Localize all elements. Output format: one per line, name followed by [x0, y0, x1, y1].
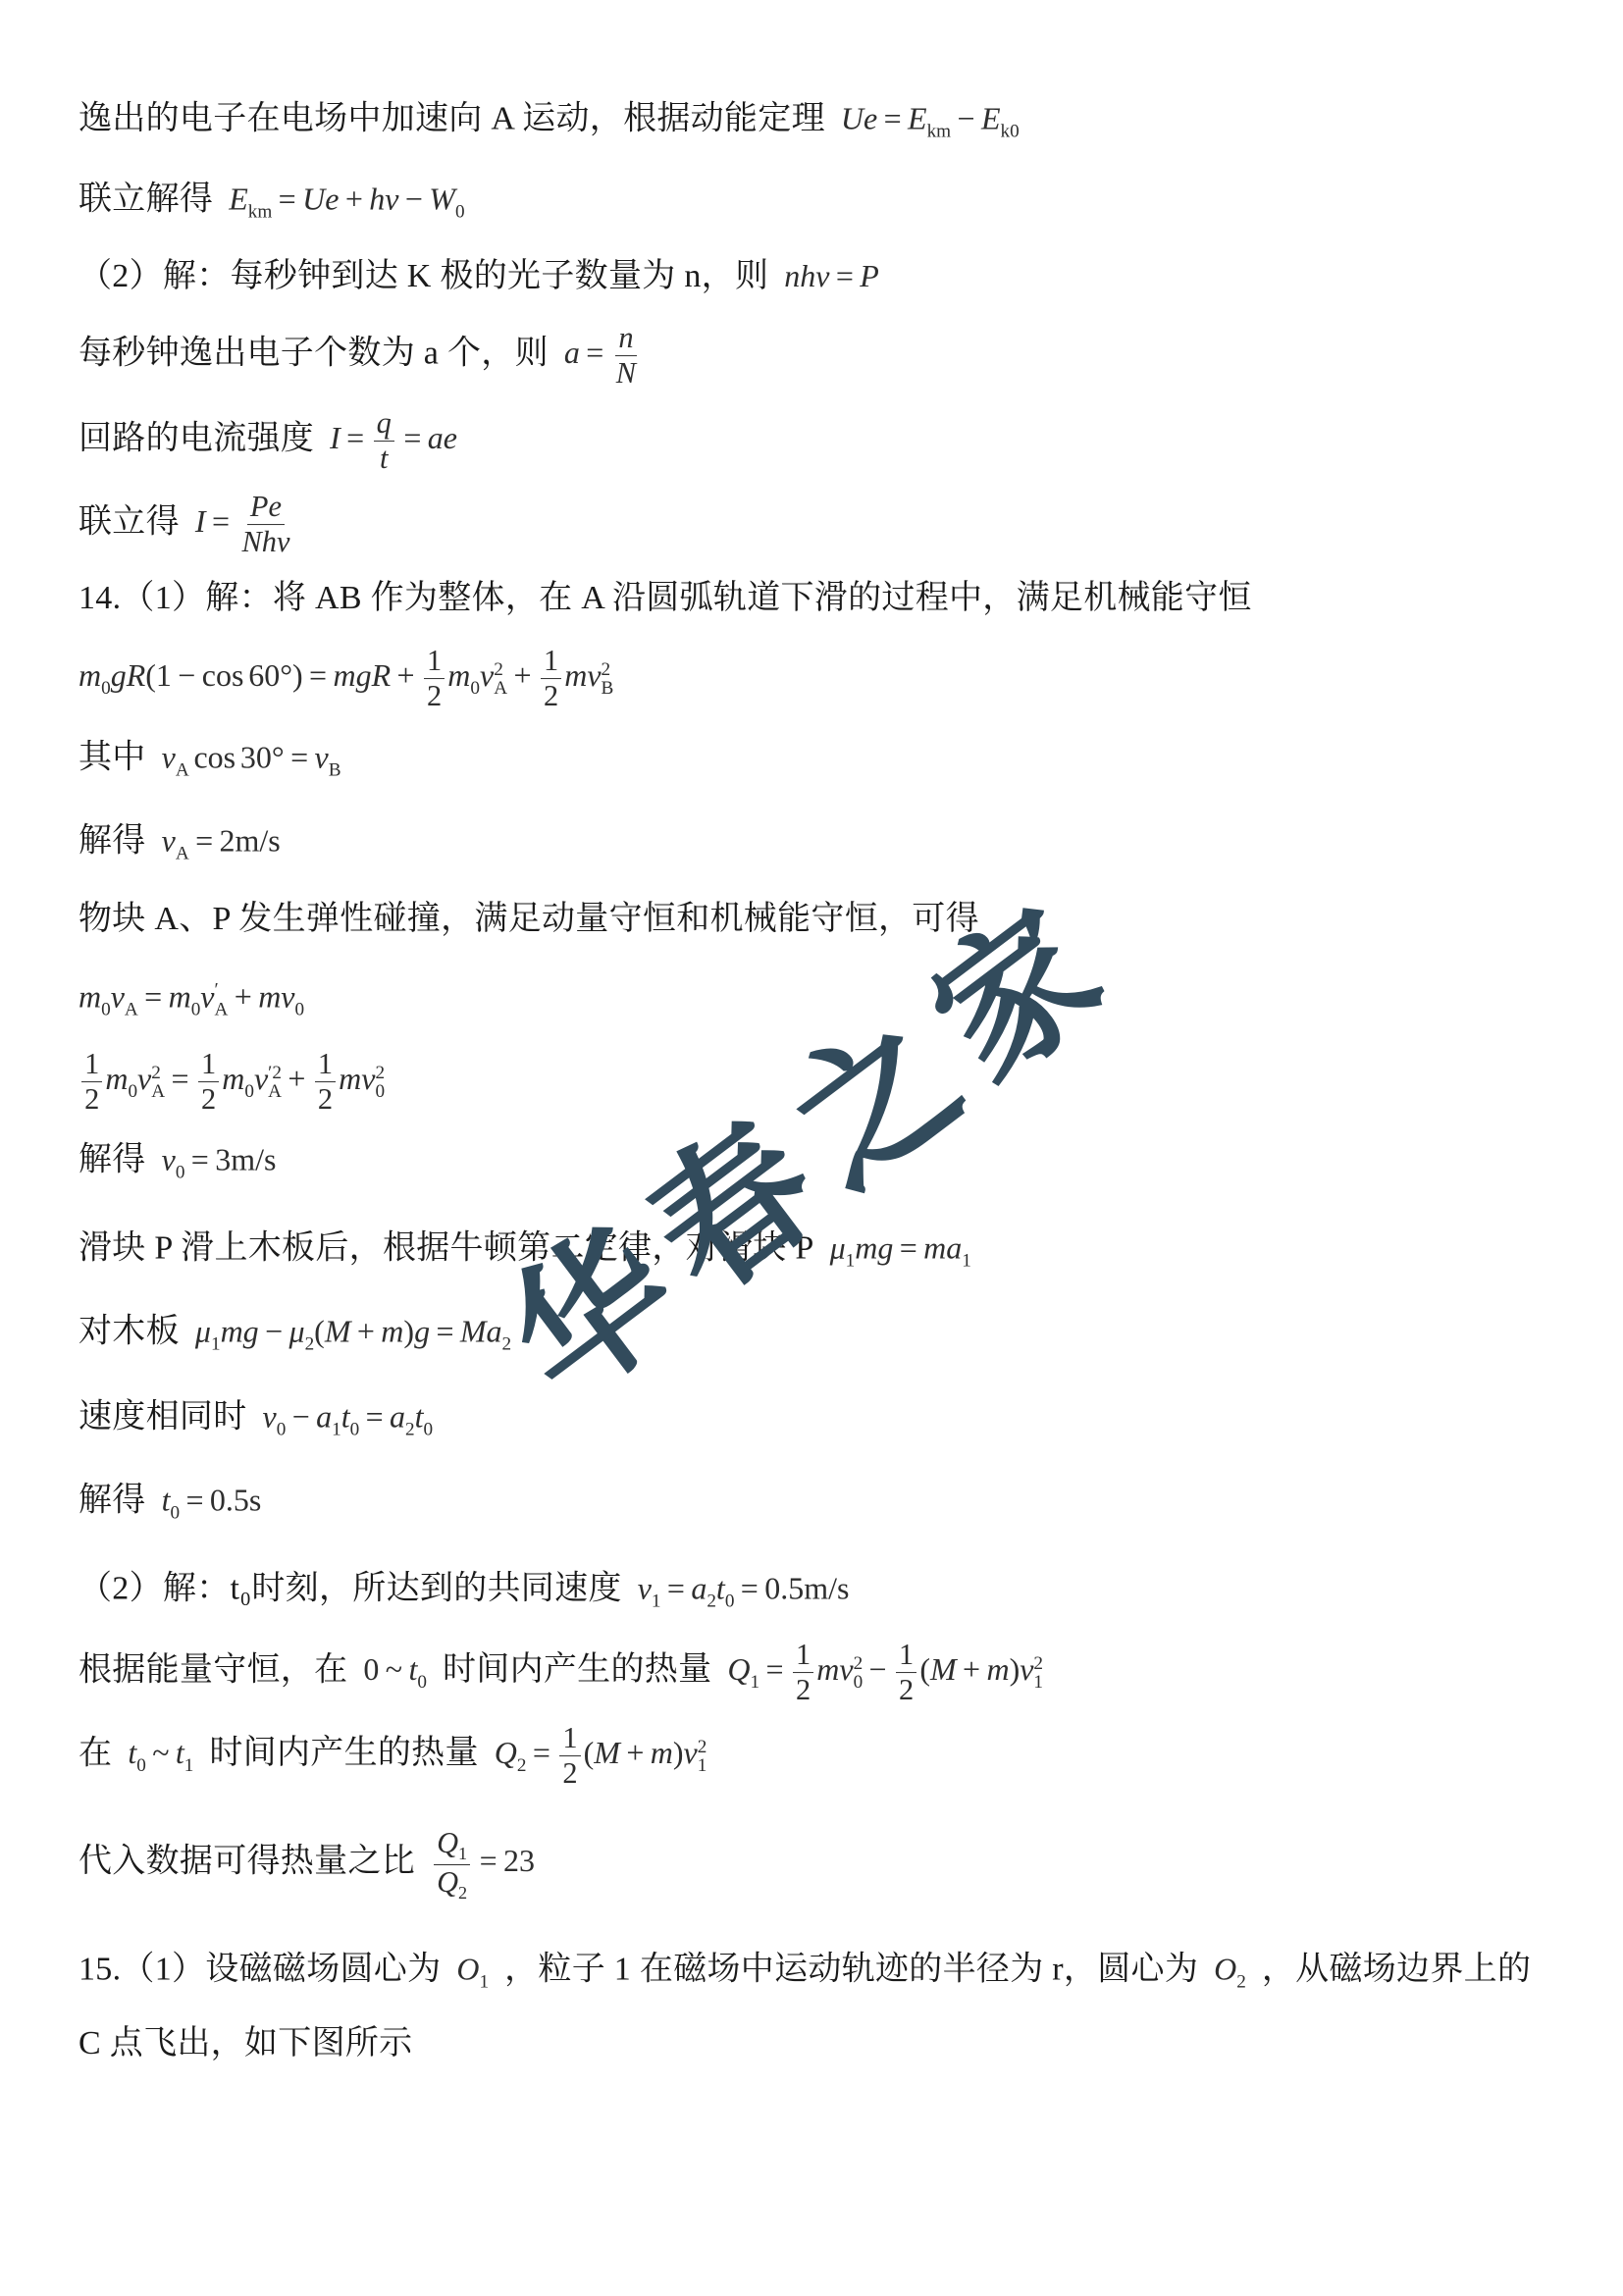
math-variable: a — [428, 420, 444, 455]
math-symbol: / — [255, 1142, 264, 1177]
script: 20 — [375, 1064, 385, 1101]
line-equal-velocity-condition: 速度相同时v​0−a​1t​0=a​2t​0 — [79, 1397, 433, 1439]
formula-velocity-relation: v​Acos30°=v​B — [162, 740, 341, 775]
line-elastic-collision-intro: 物块 A、P 发生弹性碰撞，满足动量守恒和机械能守恒，可得 — [79, 899, 979, 941]
math-variable: m — [447, 657, 470, 693]
script: ​0 — [191, 981, 201, 1018]
math-variable: v — [587, 657, 601, 693]
subscript: 0 — [725, 1592, 735, 1610]
superscript: ​ — [455, 183, 465, 202]
script: ​1 — [846, 1232, 856, 1270]
math-operator: + — [626, 1735, 644, 1770]
math-symbol: 5 — [234, 1483, 249, 1518]
math-symbol: 2 — [503, 1843, 519, 1878]
fraction-denominator: Nhν — [238, 526, 292, 559]
math-symbol: o — [208, 740, 224, 775]
math-variable: n — [784, 258, 800, 293]
math-symbol: 2 — [502, 1333, 512, 1354]
fraction-denominator: 2 — [541, 680, 561, 713]
math-symbol: 2 — [796, 1674, 811, 1707]
line-part2-photon-count: （2）解：每秒钟到达 K 极的光子数量为 n，则nhν=P — [79, 256, 879, 298]
formula-t0-value: t​0=0.5s — [162, 1483, 262, 1518]
formula-kinetic-energy-conservation: 12m​0v2A=12m​0v′2A+12mv20 — [79, 1061, 385, 1096]
math-variable: e — [864, 101, 877, 136]
math-variable: m — [222, 1061, 244, 1096]
fraction: 12 — [315, 1048, 336, 1117]
fraction: qt — [374, 407, 394, 476]
subscript: 0 — [136, 1756, 146, 1775]
line-text: 根据能量守恒，在 — [79, 1651, 347, 1688]
fraction: PeNhν — [238, 491, 292, 559]
subscript: 0 — [375, 1082, 385, 1101]
subscript: 0 — [101, 679, 111, 698]
math-variable: v — [254, 1061, 268, 1096]
subscript: 2 — [707, 1592, 716, 1610]
math-operator: − — [405, 182, 423, 217]
fraction-numerator: Pe — [247, 491, 285, 525]
math-symbol: 2 — [84, 1083, 99, 1117]
math-symbol: 0 — [264, 657, 280, 693]
superscript: 2 — [151, 1064, 165, 1082]
math-variable: g — [414, 1314, 430, 1349]
line-electrons-per-second: 每秒钟逸出电子个数为 a 个，则a=nN — [79, 322, 642, 391]
superscript: ​ — [725, 1573, 735, 1592]
math-variable: t — [716, 1571, 725, 1606]
math-symbol: 0 — [1010, 121, 1020, 141]
subscript: 2 — [305, 1334, 315, 1353]
math-symbol: m — [236, 823, 260, 859]
math-variable: g — [877, 1230, 893, 1266]
line-text: C 点飞出，如下图所示 — [79, 2025, 412, 2061]
line-text: 每秒钟逸出电子个数为 a 个，则 — [79, 335, 549, 371]
line-slider-newton-second-law: 滑块 P 滑上木板后，根据牛顿第二定律，对滑块 Pμ​1mg=ma​1 — [79, 1228, 971, 1271]
line-text: 在 — [79, 1735, 112, 1771]
math-operator: + — [963, 1651, 980, 1687]
formula-v0-value: v​0=3m/s — [162, 1142, 277, 1177]
math-operator: + — [513, 657, 531, 693]
math-symbol: m — [257, 201, 272, 222]
fraction-denominator: 2 — [198, 1083, 219, 1117]
math-variable: M — [594, 1735, 620, 1770]
subscript: 0 — [295, 1000, 305, 1018]
script: ​0 — [171, 1485, 181, 1522]
fraction-numerator: 1 — [896, 1639, 916, 1673]
superscript: ​ — [184, 1738, 194, 1756]
superscript: ​ — [424, 1401, 434, 1420]
fraction: 12 — [424, 645, 445, 713]
script: ​2 — [517, 1738, 527, 1775]
line-text: （2）解：每秒钟到达 K 极的光子数量为 n，则 — [79, 258, 768, 294]
script: ​2 — [502, 1316, 512, 1353]
math-variable: v — [111, 979, 125, 1015]
question-15-heading: 15.（1）设磁磁场圆心为 — [79, 1952, 441, 1988]
superscript: 2 — [602, 660, 614, 679]
subscript: A — [176, 844, 189, 862]
math-operator: + — [357, 1314, 375, 1349]
math-operator: = — [586, 335, 603, 370]
math-variable: a — [390, 1399, 405, 1435]
math-variable: Q — [727, 1651, 750, 1687]
superscript: 2 — [854, 1654, 864, 1673]
fraction-numerator: 1 — [424, 645, 445, 679]
math-variable: m — [79, 657, 101, 693]
math-symbol: 1 — [84, 1047, 99, 1080]
math-variable: v — [263, 1399, 277, 1435]
line-text: 时间内产生的热量 — [209, 1735, 478, 1771]
subscript: 2 — [458, 1884, 467, 1902]
math-symbol: ( — [145, 657, 156, 693]
math-variable: t — [341, 1399, 350, 1435]
math-symbol: A — [176, 843, 189, 863]
line-t0-result: 解得t​0=0.5s — [79, 1481, 261, 1523]
line-text: 时间内产生的热量 — [443, 1651, 711, 1688]
math-symbol: 2 — [517, 1755, 527, 1776]
line-heat-q1: 根据能量守恒，在0~t​0时间内产生的热量Q​1=12mv20−12(M+m)v… — [79, 1639, 1043, 1707]
math-symbol: 1 — [156, 657, 172, 693]
subscript: km — [248, 202, 273, 221]
fraction-denominator: 2 — [81, 1083, 102, 1117]
math-operator: = — [836, 258, 854, 293]
math-operator: = — [171, 1061, 188, 1096]
line-va-result: 解得v​A=2m/s — [79, 821, 281, 863]
subscript: 0 — [350, 1420, 360, 1438]
script: ​1 — [184, 1738, 194, 1775]
math-symbol: 0 — [136, 1755, 146, 1776]
script: ​0 — [470, 660, 480, 698]
math-variable: E — [908, 101, 927, 136]
script: ​0 — [417, 1654, 427, 1692]
math-symbol: 1 — [332, 1419, 341, 1439]
script: 2A — [151, 1064, 165, 1101]
line-q14-part1-intro: 14.（1）解：将 AB 作为整体，在 A 沿圆弧轨道下滑的过程中，满足机械能守… — [79, 578, 1252, 620]
script: ​km — [927, 103, 952, 140]
script: ​0 — [350, 1401, 360, 1438]
fraction-denominator: N — [613, 357, 639, 391]
math-symbol: A — [215, 999, 229, 1019]
subscript: A — [268, 1082, 282, 1101]
math-variable: M — [460, 1314, 487, 1349]
superscript: ​ — [101, 981, 111, 1000]
math-symbol: 0 — [417, 1672, 427, 1693]
subscript: 1 — [480, 1972, 490, 1991]
math-variable: e — [325, 182, 339, 217]
superscript: ​ — [707, 1573, 716, 1592]
math-symbol: A — [494, 678, 507, 699]
math-symbol: ) — [1010, 1651, 1021, 1687]
line-text: ，粒子 1 在磁场中运动轨迹的半径为 r，圆心为 — [504, 1952, 1198, 1988]
fraction: Q​1Q​2 — [434, 1827, 470, 1902]
subscript: 0 — [277, 1420, 287, 1438]
superscript: 2 — [1033, 1654, 1043, 1673]
math-symbol: 0 — [424, 1419, 434, 1439]
math-operator: = — [279, 182, 296, 217]
superscript: ​ — [1000, 103, 1019, 122]
math-symbol: A — [151, 1081, 165, 1102]
math-operator: = — [533, 1735, 550, 1770]
script: ​B — [329, 742, 341, 779]
math-variable: v — [638, 1571, 652, 1606]
math-variable: m — [221, 1314, 243, 1349]
subscript: 0 — [854, 1673, 864, 1692]
math-symbol: 0 — [295, 999, 305, 1019]
script: ​0 — [101, 981, 111, 1018]
formula-board-acceleration: μ​1mg−μ​2(M+m)g=Ma​2 — [195, 1314, 511, 1349]
subscript: 1 — [458, 1845, 467, 1862]
math-variable: P — [860, 258, 879, 293]
math-variable: m — [651, 1735, 673, 1770]
subscript: 1 — [652, 1592, 661, 1610]
math-symbol: 0 — [171, 1502, 181, 1523]
superscript: ​ — [846, 1232, 856, 1251]
math-symbol: 0 — [176, 1162, 185, 1182]
math-variable: v — [839, 1651, 853, 1687]
math-symbol: ° — [280, 657, 292, 693]
math-variable: m — [816, 1651, 839, 1687]
subscript: 2 — [1236, 1972, 1246, 1991]
math-variable: m — [339, 1061, 361, 1096]
math-symbol: B — [602, 678, 614, 699]
line-loop-current: 回路的电流强度I=qt=ae — [79, 407, 457, 476]
math-variable: e — [444, 420, 457, 455]
question-14-heading: 14.（1）解：将 AB 作为整体，在 A 沿圆弧轨道下滑的过程中，满足机械能守… — [79, 580, 1252, 616]
fraction-numerator: q — [374, 407, 394, 442]
math-symbol: 1 — [201, 1047, 216, 1080]
script: ​k0 — [1000, 103, 1019, 140]
script: 2A — [494, 660, 507, 698]
math-symbol: 0 — [191, 999, 201, 1019]
fraction: 12 — [793, 1639, 813, 1707]
math-symbol: k — [248, 201, 258, 222]
math-symbol: m — [804, 1571, 828, 1606]
script: ​0 — [136, 1738, 146, 1775]
math-symbol: c — [202, 657, 216, 693]
math-variable: I — [330, 420, 340, 455]
formula-time-interval-2: t​0~t​1 — [128, 1735, 193, 1770]
math-variable: m — [258, 979, 281, 1015]
math-symbol: 0 — [764, 1571, 780, 1606]
line-text: 解得 — [79, 1142, 146, 1178]
formula-current-result: I=PeNhν — [195, 503, 296, 539]
formula-current-definition: I=qt=ae — [330, 420, 457, 455]
fraction-numerator: Q​1 — [434, 1827, 470, 1865]
math-variable: E — [229, 182, 248, 217]
math-variable: m — [79, 979, 101, 1015]
script: ​0 — [101, 660, 111, 698]
fraction-numerator: 1 — [793, 1639, 813, 1673]
formula-photon-power: nhν=P — [784, 258, 879, 293]
math-variable: h — [800, 258, 815, 293]
line-board-equation: 对木板μ​1mg−μ​2(M+m)g=Ma​2 — [79, 1312, 511, 1354]
math-symbol: 2 — [305, 1333, 315, 1354]
script: ′A — [215, 981, 229, 1018]
math-variable: N — [241, 526, 261, 559]
math-symbol: m — [936, 121, 951, 141]
math-operator: = — [765, 1651, 783, 1687]
superscript: ​ — [176, 825, 189, 844]
math-operator: = — [290, 740, 308, 775]
script: ​0 — [176, 1144, 185, 1181]
math-symbol: 2 — [405, 1419, 415, 1439]
math-symbol: / — [828, 1571, 837, 1606]
fraction-numerator: n — [615, 322, 636, 356]
formula-momentum-conservation: m​0v​A=m​0v′A+mv​0 — [79, 979, 304, 1015]
math-symbol: 2 — [220, 823, 236, 859]
superscript: ​ — [502, 1316, 512, 1334]
script: ​0 — [244, 1064, 254, 1101]
script: ​0 — [455, 183, 465, 221]
math-operator: ~ — [152, 1735, 169, 1770]
superscript: ​ — [458, 1866, 467, 1884]
math-variable: m — [564, 657, 587, 693]
math-symbol: 1 — [652, 1591, 661, 1611]
line-part2-common-velocity: （2）解：t₀时刻，所达到的共同速度v​1=a​2t​0=0.5m/s — [79, 1569, 849, 1611]
math-operator: = — [741, 1571, 759, 1606]
math-variable: ν — [815, 258, 829, 293]
math-symbol: 1 — [184, 1755, 194, 1776]
math-operator: + — [345, 182, 363, 217]
line-momentum-conservation: m​0v​A=m​0v′A+mv​0 — [79, 977, 304, 1019]
math-variable: μ — [289, 1314, 305, 1349]
math-symbol: c — [193, 740, 207, 775]
math-symbol: ) — [292, 657, 303, 693]
script: ​0 — [128, 1064, 137, 1101]
math-operator: = — [366, 1399, 384, 1435]
superscript: ​ — [176, 742, 189, 760]
math-variable: O — [1214, 1952, 1236, 1987]
subscript: 0 — [128, 1082, 137, 1101]
math-variable: R — [372, 657, 392, 693]
math-symbol: . — [226, 1483, 234, 1518]
math-operator: − — [292, 1399, 310, 1435]
math-symbol: B — [329, 759, 341, 780]
math-symbol: k — [1000, 121, 1010, 141]
math-variable: Q — [437, 1865, 458, 1899]
formula-time-interval-1: 0~t​0 — [363, 1651, 427, 1687]
line-text: 联立解得 — [79, 182, 213, 218]
superscript: ​ — [248, 183, 273, 202]
superscript: ​ — [244, 1064, 254, 1082]
math-symbol: 2 — [1033, 1653, 1043, 1674]
math-symbol: ( — [584, 1735, 595, 1770]
math-variable: m — [986, 1651, 1009, 1687]
script: ​1 — [211, 1316, 221, 1353]
math-symbol: 1 — [318, 1047, 333, 1080]
math-variable: v — [361, 1061, 375, 1096]
subscript: 1 — [698, 1756, 707, 1775]
formula-va-value: v​A=2m/s — [162, 823, 281, 859]
formula-slider-acceleration: μ​1mg=ma​1 — [830, 1230, 971, 1266]
script: ​0 — [295, 981, 305, 1018]
script: ​km — [248, 183, 273, 221]
math-variable: O — [456, 1952, 479, 1987]
math-variable: q — [377, 406, 392, 440]
line-q15-exit-point: C 点飞出，如下图所示 — [79, 2023, 412, 2065]
math-symbol: 1 — [211, 1333, 221, 1354]
fraction: nN — [613, 322, 639, 391]
superscript: ​ — [101, 660, 111, 679]
math-variable: t — [409, 1651, 418, 1687]
line-energy-conservation-equation: m​0gR(1−cos60°)=mgR+12m​0v2A+12mv2B — [79, 645, 613, 713]
math-symbol: s — [268, 823, 280, 859]
math-variable: t — [415, 1399, 424, 1435]
subscript: 0 — [191, 1000, 201, 1018]
math-variable: Q — [437, 1826, 458, 1859]
math-symbol: 0 — [101, 678, 111, 699]
fraction-numerator: 1 — [81, 1048, 102, 1082]
math-variable: h — [369, 182, 385, 217]
superscript: ​ — [417, 1654, 427, 1673]
fraction-numerator: 1 — [198, 1048, 219, 1082]
math-operator: ~ — [386, 1651, 402, 1687]
math-symbol: 5 — [788, 1571, 804, 1606]
script: ​A — [176, 742, 189, 779]
script: ​1 — [962, 1232, 971, 1270]
subscript: 1 — [184, 1756, 194, 1775]
subscript: 0 — [455, 202, 465, 221]
math-symbol: s — [224, 740, 236, 775]
superscript: ​ — [751, 1654, 760, 1673]
math-symbol: 3 — [215, 1142, 231, 1177]
math-variable: a — [564, 335, 580, 370]
math-operator: − — [178, 657, 195, 693]
fraction-denominator: Q​2 — [434, 1865, 470, 1903]
superscript: 2 — [698, 1738, 707, 1756]
math-variable: I — [195, 503, 206, 539]
formula-ekm: E​km=Ue+hν−W​0 — [229, 182, 464, 217]
superscript: ′ — [215, 981, 229, 1000]
line-text: 逸出的电子在电场中加速向 A 运动，根据动能定理 — [79, 101, 825, 137]
math-variable: t — [128, 1735, 136, 1770]
superscript: ​ — [1236, 1954, 1246, 1972]
math-variable: g — [243, 1314, 259, 1349]
line-text: 联立得 — [79, 503, 180, 540]
math-symbol: 0 — [725, 1591, 735, 1611]
math-symbol: 2 — [544, 680, 558, 713]
math-variable: v — [200, 979, 214, 1015]
subscript: 2 — [502, 1334, 512, 1353]
math-variable: g — [356, 657, 372, 693]
math-variable: R — [127, 657, 146, 693]
script: ​2 — [305, 1316, 315, 1353]
script: ​0 — [277, 1401, 287, 1438]
subscript: 1 — [1033, 1673, 1043, 1692]
math-symbol: 2 — [458, 1883, 467, 1903]
math-variable: e — [268, 490, 282, 523]
math-variable: v — [480, 657, 494, 693]
math-operator: = — [212, 503, 230, 539]
math-variable: t — [162, 1483, 171, 1518]
math-operator: + — [288, 1061, 305, 1096]
formula-heat-q2: Q​2=12(M+m)v21 — [495, 1735, 707, 1770]
math-symbol: 3 — [240, 740, 256, 775]
math-variable: t — [380, 443, 388, 476]
superscript: ​ — [962, 1232, 971, 1251]
superscript: ′2 — [268, 1064, 282, 1082]
line-heat-q2: 在t​0~t​1时间内产生的热量Q​2=12(M+m)v21 — [79, 1722, 707, 1791]
line-text: 速度相同时 — [79, 1399, 247, 1435]
math-variable: v — [281, 979, 294, 1015]
math-operator: = — [667, 1571, 685, 1606]
script: ​1 — [751, 1654, 760, 1692]
math-symbol: 2 — [707, 1591, 716, 1611]
math-operator: = — [191, 1142, 209, 1177]
math-symbol: 1 — [458, 1844, 467, 1863]
script: ​1 — [458, 1827, 467, 1862]
line-text: 其中 — [79, 740, 146, 776]
document-page: 逸出的电子在电场中加速向 A 运动，根据动能定理Ue=E​km−E​k0 联立解… — [0, 0, 1623, 2296]
math-symbol: 2 — [375, 1063, 385, 1083]
math-symbol: 0 — [256, 740, 272, 775]
